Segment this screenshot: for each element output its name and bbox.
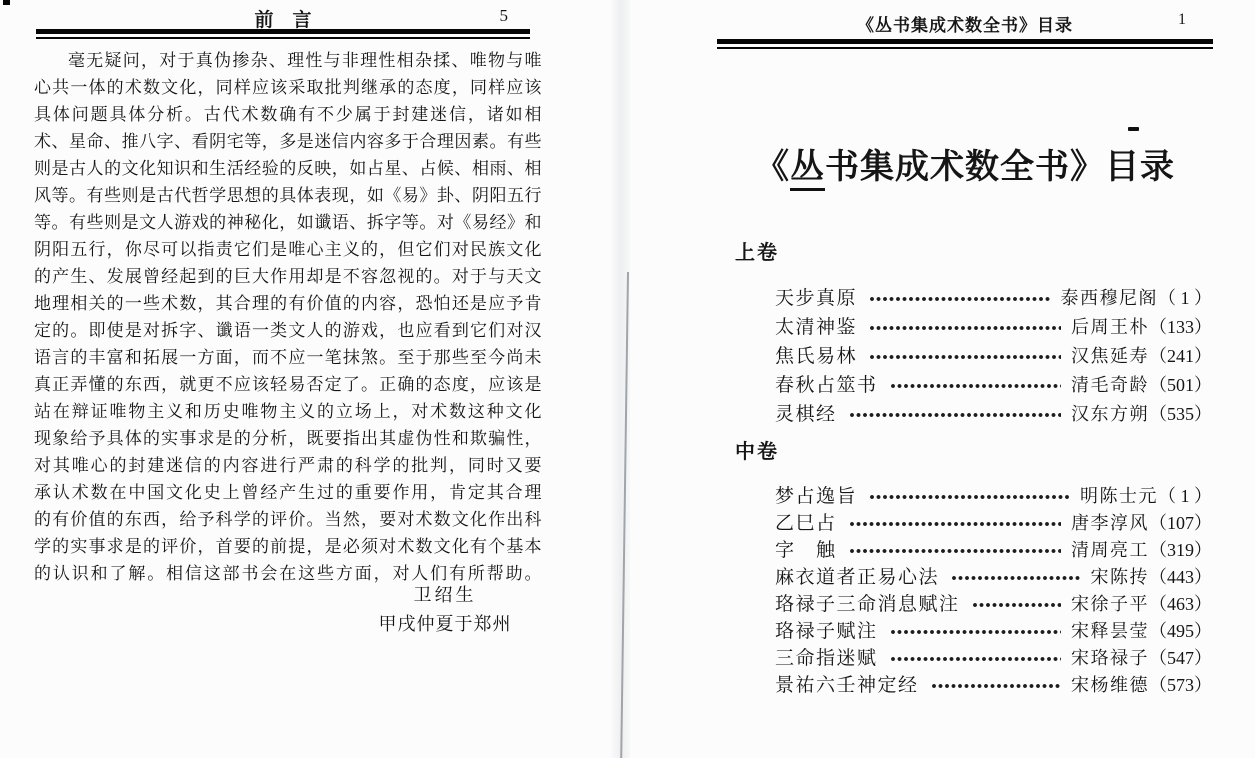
toc-entry-page: （495） xyxy=(1149,617,1212,643)
preface-line: 具体问题具体分析。古代术数确有不少属于封建迷信，诸如相 xyxy=(34,101,542,128)
toc-entry-title: 乙巳占 xyxy=(775,508,837,535)
toc-entry-author: 汉东方朔 xyxy=(1071,400,1149,426)
toc-entry-author: 唐李淳风 xyxy=(1071,509,1149,535)
left-page-number: 5 xyxy=(500,6,509,26)
signature-name: 卫绍生 xyxy=(320,584,570,606)
toc-entry-page: （107） xyxy=(1149,509,1212,535)
toc-entry-title: 珞禄子三命消息赋注 xyxy=(775,589,960,616)
toc-entry-title: 字 触 xyxy=(775,535,837,562)
toc-dot-leader xyxy=(869,493,1070,501)
toc-main-title-rest: 书集成术数全书》目录 xyxy=(825,149,1175,186)
preface-line: 术、星命、推八字、看阴宅等，多是迷信内容多于合理因素。有些 xyxy=(34,128,542,155)
toc-entry-title: 三命指迷赋 xyxy=(775,643,878,670)
toc-entry-author: 后周王朴 xyxy=(1071,313,1149,339)
preface-line: 站在辩证唯物主义和历史唯物主义的立场上，对术数这种文化 xyxy=(34,398,542,425)
toc-dot-leader xyxy=(869,324,1061,332)
toc-entry-title: 太清神鉴 xyxy=(775,312,857,339)
right-running-head: 《丛书集成术数全书》目录 xyxy=(717,11,1213,37)
preface-line: 心共一体的术数文化，同样应该采取批判继承的态度，同样应该 xyxy=(34,74,542,101)
preface-line: 承认术数在中国文化史上曾经产生过的重要作用，肯定其合理 xyxy=(34,479,542,506)
toc-section-heading: 中卷 xyxy=(735,440,1212,464)
toc-entry: 麻衣道者正易心法宋陈抟（443） xyxy=(775,562,1212,589)
toc-entry-page: （535） xyxy=(1149,400,1212,426)
toc-main-title-prefix: 《 xyxy=(755,149,790,186)
toc-entry-author: 宋陈抟 xyxy=(1091,563,1150,589)
preface-line: 定的。即使是对拆字、谶语一类文人的游戏，也应看到它们对汉 xyxy=(34,317,542,344)
toc-entry-author: 宋释昙莹 xyxy=(1071,617,1149,643)
toc-section: 上卷天步真原泰西穆尼阁（ 1 ）太清神鉴后周王朴（133）焦氏易林汉焦延寿（24… xyxy=(735,241,1212,427)
toc-entry-page: （573） xyxy=(1149,671,1212,697)
toc-entry: 梦占逸旨明陈士元（ 1 ） xyxy=(775,481,1212,508)
toc-entry-page: （501） xyxy=(1149,371,1212,397)
toc-section-heading: 上卷 xyxy=(735,241,1212,265)
toc-main-title-underlined: 丛 xyxy=(790,149,825,191)
preface-line: 真正弄懂的东西，就更不应该轻易否定了。正确的态度，应该是 xyxy=(34,371,542,398)
signature-dateline: 甲戌仲夏于郑州 xyxy=(320,613,570,635)
preface-line: 阴阳五行，你尽可以指责它们是唯心主义的，但它们对民族文化 xyxy=(34,236,542,263)
preface-line: 风等。有些则是古代哲学思想的具体表现，如《易》卦、阴阳五行 xyxy=(34,182,542,209)
preface-line: 学的实事求是的评价，首要的前提，是必须对术数文化有个基本 xyxy=(34,533,542,560)
toc-entry-title: 麻衣道者正易心法 xyxy=(775,562,939,589)
toc-entry: 三命指迷赋宋珞禄子（547） xyxy=(775,643,1212,670)
toc-entry-title: 天步真原 xyxy=(775,283,857,310)
toc-entry: 灵棋经汉东方朔（535） xyxy=(775,398,1212,427)
scanned-book-spread: 前 言 5 毫无疑问，对于真伪掺杂、理性与非理性相杂揉、唯物与唯心共一体的术数文… xyxy=(0,0,1255,758)
toc-section: 中卷梦占逸旨明陈士元（ 1 ）乙巳占唐李淳风（107）字 触清周亮工（319）麻… xyxy=(735,440,1212,697)
toc-entry: 珞禄子三命消息赋注宋徐子平（463） xyxy=(775,589,1212,616)
preface-line: 的认识和了解。相信这部书会在这些方面，对人们有所帮助。 xyxy=(34,560,542,587)
toc-entry: 天步真原泰西穆尼阁（ 1 ） xyxy=(775,282,1212,311)
preface-line: 则是古人的文化知识和生活经验的反映，如占星、占候、相雨、相 xyxy=(34,155,542,182)
toc-entry-page: （443） xyxy=(1149,563,1212,589)
toc-dot-leader xyxy=(931,682,1061,690)
scan-speck xyxy=(3,0,10,5)
toc-entry-page: （133） xyxy=(1149,313,1212,339)
right-page-number: 1 xyxy=(1178,11,1231,29)
preface-paragraph: 毫无疑问，对于真伪掺杂、理性与非理性相杂揉、唯物与唯心共一体的术数文化，同样应该… xyxy=(34,47,542,587)
toc-dot-leader xyxy=(890,382,1061,390)
toc-entry-page: （547） xyxy=(1149,644,1212,670)
toc-entry-author: 宋珞禄子 xyxy=(1071,644,1149,670)
toc: 上卷天步真原泰西穆尼阁（ 1 ）太清神鉴后周王朴（133）焦氏易林汉焦延寿（24… xyxy=(735,241,1212,697)
preface-line: 的产生、发展曾经起到的巨大作用却是不容忽视的。对于与天文 xyxy=(34,263,542,290)
toc-entry-title: 春秋占筮书 xyxy=(775,370,878,397)
toc-entry: 乙巳占唐李淳风（107） xyxy=(775,508,1212,535)
preface-line: 地理相关的一些术数，其合理的有价值的内容，恐怕还是应予肯 xyxy=(34,290,542,317)
toc-entry: 焦氏易林汉焦延寿（241） xyxy=(775,340,1212,369)
preface-line: 毫无疑问，对于真伪掺杂、理性与非理性相杂揉、唯物与唯 xyxy=(34,47,542,74)
toc-entry: 珞禄子赋注宋释昙莹（495） xyxy=(775,616,1212,643)
toc-entry: 景祐六壬神定经宋杨维德（573） xyxy=(775,670,1212,697)
toc-entry-page: （ 1 ） xyxy=(1158,482,1212,508)
toc-entry-author: 泰西穆尼阁 xyxy=(1061,284,1159,310)
toc-entry-author: 清周亮工 xyxy=(1071,536,1149,562)
toc-entry-author: 清毛奇龄 xyxy=(1071,371,1149,397)
toc-entry-author: 宋杨维德 xyxy=(1071,671,1149,697)
toc-dot-leader xyxy=(890,628,1061,636)
right-header-rule xyxy=(717,39,1213,49)
toc-dot-leader xyxy=(890,655,1061,663)
toc-main-title: 《丛书集成术数全书》目录 xyxy=(700,139,1230,188)
toc-entry-author: 宋徐子平 xyxy=(1071,590,1149,616)
toc-entry-author: 明陈士元 xyxy=(1080,482,1158,508)
toc-entry: 太清神鉴后周王朴（133） xyxy=(775,311,1212,340)
preface-line: 的有价值的东西，给予科学的评价。当然，要对术数文化作出科 xyxy=(34,506,542,533)
toc-entry-title: 景祐六壬神定经 xyxy=(775,670,919,697)
left-running-head: 前 言 5 xyxy=(36,5,530,29)
toc-entry-title: 珞禄子赋注 xyxy=(775,616,878,643)
left-header-rule xyxy=(36,29,530,39)
toc-entry-page: （463） xyxy=(1149,590,1212,616)
toc-entry-page: （241） xyxy=(1149,342,1212,368)
toc-dot-leader xyxy=(849,547,1061,555)
right-running-head-title: 《丛书集成术数全书》目录 xyxy=(717,11,1213,36)
toc-entry: 春秋占筮书清毛奇龄（501） xyxy=(775,369,1212,398)
toc-dot-leader xyxy=(972,601,1061,609)
scan-mark xyxy=(1128,127,1139,131)
toc-entry-title: 灵棋经 xyxy=(775,399,837,426)
toc-entry-title: 焦氏易林 xyxy=(775,341,857,368)
toc-dot-leader xyxy=(869,353,1061,361)
toc-entry: 字 触清周亮工（319） xyxy=(775,535,1212,562)
left-running-head-title: 前 言 xyxy=(36,5,530,32)
preface-line: 等。有些则是文人游戏的神秘化，如谶语、拆字等。对《易经》和 xyxy=(34,209,542,236)
preface-line: 对其唯心的封建迷信的内容进行严肃的科学的批判，同时又要 xyxy=(34,452,542,479)
toc-dot-leader xyxy=(849,411,1061,419)
preface-signature: 卫绍生 甲戌仲夏于郑州 xyxy=(320,584,570,635)
toc-dot-leader xyxy=(951,574,1080,582)
toc-dot-leader xyxy=(869,295,1050,303)
toc-entry-page: （319） xyxy=(1149,536,1212,562)
preface-line: 现象给予具体的实事求是的分析，既要指出其虚伪性和欺骗性， xyxy=(34,425,542,452)
toc-entry-title: 梦占逸旨 xyxy=(775,481,857,508)
toc-entry-page: （ 1 ） xyxy=(1158,284,1212,310)
toc-entry-author: 汉焦延寿 xyxy=(1071,342,1149,368)
toc-dot-leader xyxy=(849,520,1061,528)
preface-line: 语言的丰富和拓展一方面，而不应一笔抹煞。至于那些至今尚未 xyxy=(34,344,542,371)
